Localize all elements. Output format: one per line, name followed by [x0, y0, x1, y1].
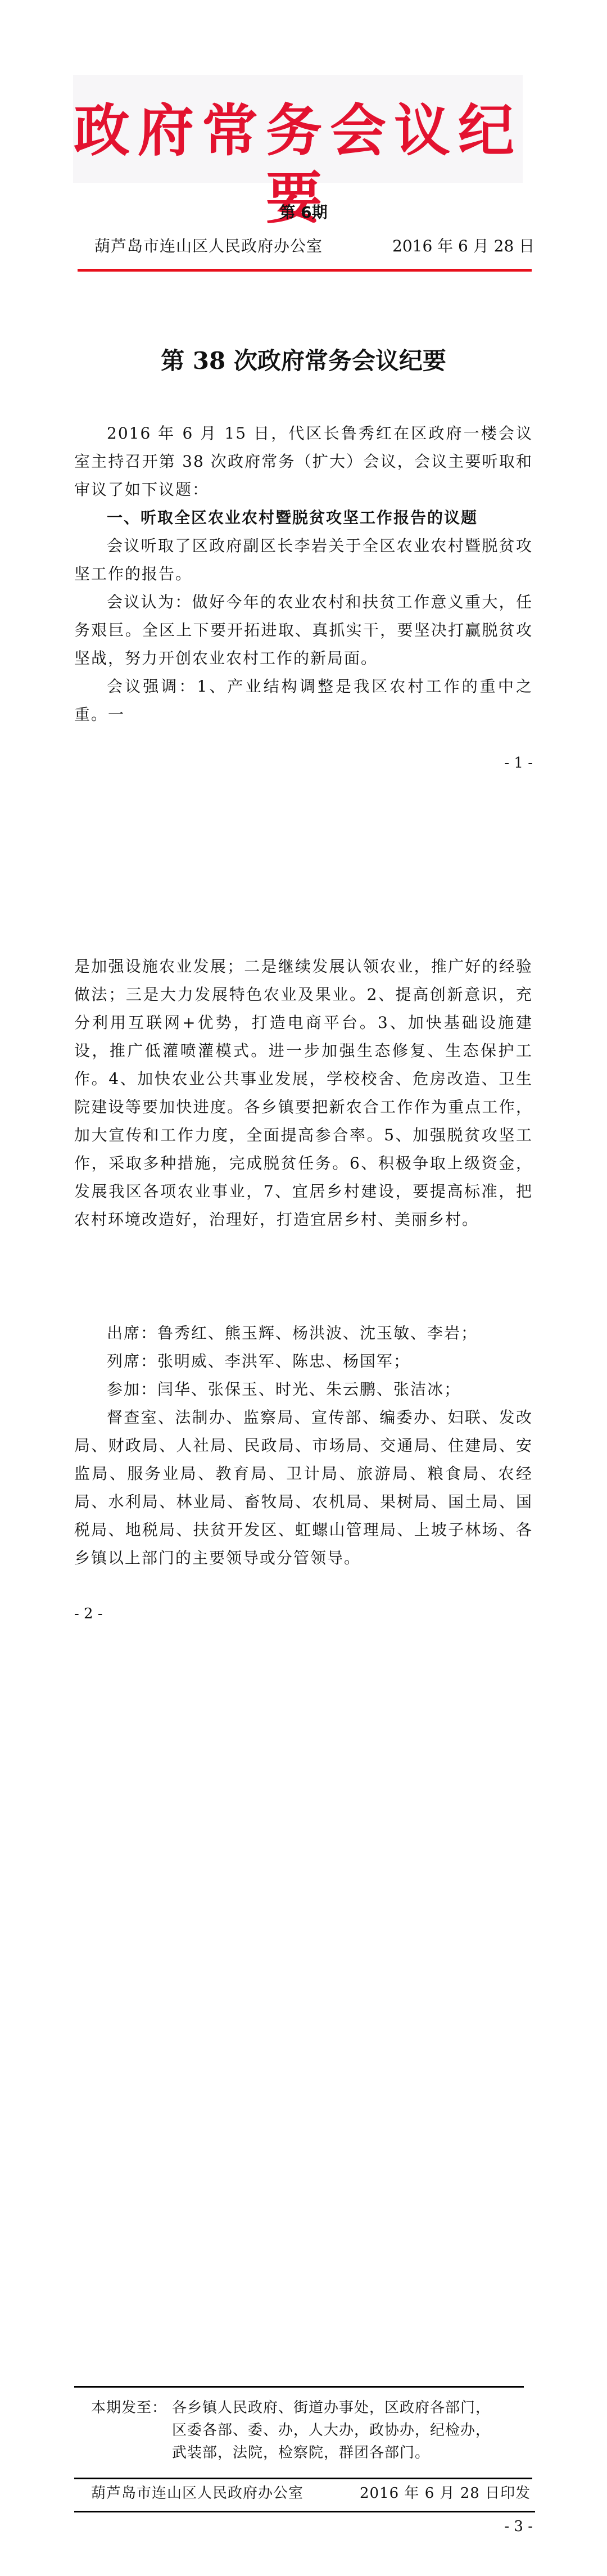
red-divider [78, 269, 532, 272]
printed-date: 2016 年 6 月 28 日印发 [360, 2482, 531, 2505]
page2-body: 是加强设施农业发展；二是继续发展认领农业，推广好的经验做法；三是大力发展特色农业… [74, 953, 533, 1234]
footer-rule-middle [74, 2478, 532, 2479]
paragraph-opinion: 会议认为：做好今年的农业农村和扶贫工作意义重大，任务艰巨。全区上下要开拓进取、真… [74, 588, 533, 673]
paragraph-intro: 2016 年 6 月 15 日，代区长鲁秀红在区政府一楼会议室主持召开第 38 … [74, 419, 533, 504]
distribution-label: 本期发至： [91, 2397, 167, 2419]
attendance-departments: 督查室、法制办、监察局、宣传部、编委办、妇联、发改局、财政局、人社局、民政局、市… [74, 1404, 533, 1572]
page-number-3: - 3 - [504, 2516, 533, 2537]
issue-number: 第 6期 [0, 201, 607, 224]
page1-body: 2016 年 6 月 15 日，代区长鲁秀红在区政府一楼会议室主持召开第 38 … [74, 419, 533, 729]
document-title: 第 38 次政府常务会议纪要 [0, 346, 607, 376]
distribution-line-2: 区委各部、委、办，人大办，政协办，纪检办， [172, 2419, 491, 2442]
masthead-banner: 政府常务会议纪要 [73, 75, 523, 183]
printed-by: 葫芦岛市连山区人民政府办公室 [91, 2482, 303, 2505]
section-heading: 一、听取全区农业农村暨脱贫攻坚工作报告的议题 [74, 504, 533, 532]
paragraph-emphasis: 会议强调：1、产业结构调整是我区农村工作的重中之重。一 [74, 673, 533, 729]
distribution-line-3: 武装部，法院，检察院，群团各部门。 [172, 2442, 430, 2464]
page-number-1: - 1 - [504, 753, 533, 773]
distribution-line-1: 各乡镇人民政府、街道办事处，区政府各部门， [172, 2397, 491, 2419]
issuer-name: 葫芦岛市连山区人民政府办公室 [94, 235, 323, 258]
issue-date: 2016 年 6 月 28 日 [392, 235, 534, 258]
footer-rule-bottom [74, 2511, 535, 2512]
attendance-participants: 参加：闫华、张保玉、时光、朱云鹏、张洁冰； [74, 1375, 533, 1404]
attendance-block: 出席：鲁秀红、熊玉辉、杨洪波、沈玉敏、李岩； 列席：张明威、李洪军、陈忠、杨国军… [74, 1319, 533, 1572]
attendance-nonvoting: 列席：张明威、李洪军、陈忠、杨国军； [74, 1347, 533, 1375]
footer-rule-top [74, 2386, 524, 2388]
paragraph-report: 会议听取了区政府副区长李岩关于全区农业农村暨脱贫攻坚工作的报告。 [74, 532, 533, 588]
attendance-present: 出席：鲁秀红、熊玉辉、杨洪波、沈玉敏、李岩； [74, 1319, 533, 1347]
paragraph-continuation: 是加强设施农业发展；二是继续发展认领农业，推广好的经验做法；三是大力发展特色农业… [74, 953, 533, 1234]
page-number-2: - 2 - [74, 1604, 103, 1624]
